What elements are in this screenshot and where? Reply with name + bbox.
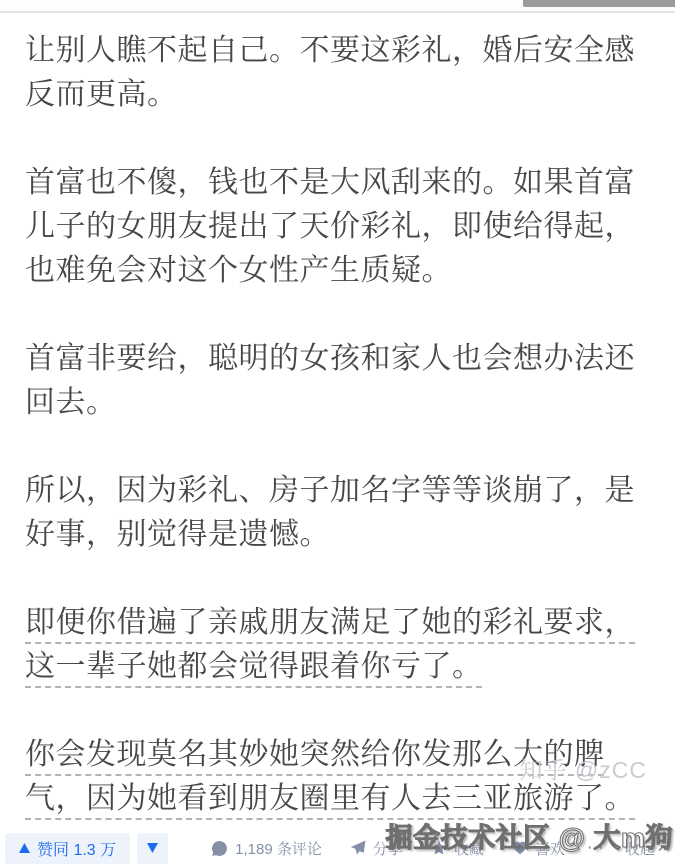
scrollbar-remnant xyxy=(523,0,675,7)
heart-icon xyxy=(512,840,528,856)
collapse-button[interactable]: 收起 xyxy=(625,838,670,859)
share-label: 分享 xyxy=(373,838,403,859)
action-toolbar: 赞同 1.3 万 1,189 条评论 分享 收藏 喜欢 ⋯ 收起 xyxy=(0,828,675,868)
star-icon xyxy=(431,840,447,856)
zhihu-author-watermark: 知乎 @zCC xyxy=(520,752,647,785)
highlighted-paragraph: 即便你借遍了亲戚朋友满足了她的彩礼要求，这一辈子她都会觉得跟着你亏了。 xyxy=(25,601,651,689)
collapse-label: 收起 xyxy=(625,838,655,859)
triangle-up-icon xyxy=(19,843,30,853)
collect-label: 收藏 xyxy=(454,838,484,859)
answer-content: 让别人瞧不起自己。不要这彩礼，婚后安全感反而更高。 首富也不傻，钱也不是大风刮来… xyxy=(0,13,675,865)
triangle-down-icon xyxy=(147,843,158,853)
share-button[interactable]: 分享 xyxy=(350,838,403,859)
comments-button[interactable]: 1,189 条评论 xyxy=(211,838,322,859)
chevron-up-icon xyxy=(658,844,670,852)
answer-paragraph: 首富非要给，聪明的女孩和家人也会想办法还回去。 xyxy=(25,337,651,425)
answer-paragraph: 首富也不傻，钱也不是大风刮来的。如果首富儿子的女朋友提出了天价彩礼，即使给得起，… xyxy=(25,161,651,293)
comments-label: 1,189 条评论 xyxy=(235,838,322,859)
collect-button[interactable]: 收藏 xyxy=(431,838,484,859)
answer-paragraph: 让别人瞧不起自己。不要这彩礼，婚后安全感反而更高。 xyxy=(25,29,651,117)
ellipsis-icon: ⋯ xyxy=(587,838,605,858)
like-button[interactable]: 喜欢 xyxy=(512,838,565,859)
upvote-label: 赞同 1.3 万 xyxy=(37,837,116,860)
paper-plane-icon xyxy=(350,840,366,856)
answer-paragraph: 所以，因为彩礼、房子加名字等等谈崩了，是好事，别觉得是遗憾。 xyxy=(25,469,651,557)
like-label: 喜欢 xyxy=(535,838,565,859)
upvote-button[interactable]: 赞同 1.3 万 xyxy=(5,833,130,864)
comment-bubble-icon xyxy=(211,840,228,857)
downvote-button[interactable] xyxy=(137,833,168,864)
more-button[interactable]: ⋯ xyxy=(587,838,605,858)
